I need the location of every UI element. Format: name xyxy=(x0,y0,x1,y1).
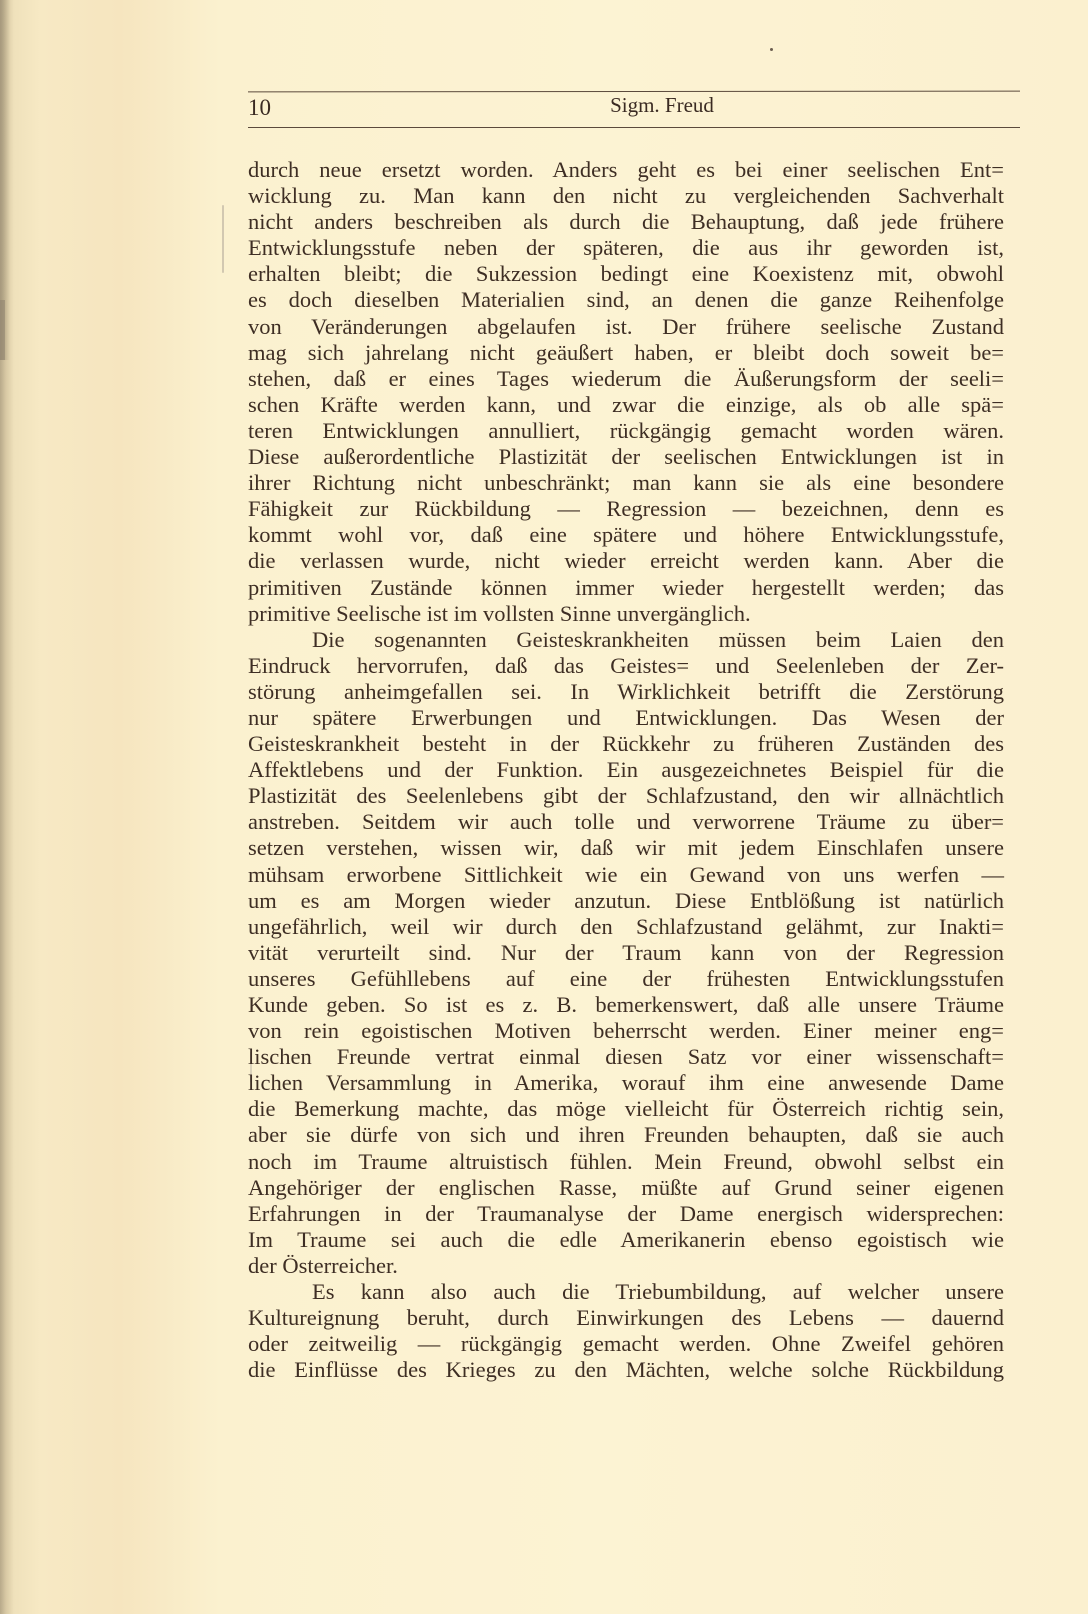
text-line: erhalten bleibt; die Sukzession bedingt … xyxy=(248,261,1004,287)
text-line: Eindruck hervorrufen, daß das Geistes= u… xyxy=(248,653,1004,679)
text-line: die Einflüsse des Krieges zu den Mächten… xyxy=(248,1357,1004,1383)
text-line: Affektlebens und der Funktion. Ein ausge… xyxy=(248,757,1004,783)
text-line: von Veränderungen abgelaufen ist. Der fr… xyxy=(248,314,1004,340)
text-line: durch neue ersetzt worden. Anders geht e… xyxy=(248,157,1004,183)
text-line: die verlassen wurde, nicht wieder erreic… xyxy=(248,548,1004,574)
text-line: oder zeitweilig — rückgängig gemacht wer… xyxy=(248,1331,1004,1357)
body-text: durch neue ersetzt worden. Anders geht e… xyxy=(248,157,1004,1383)
text-line: es doch dieselben Materialien sind, an d… xyxy=(248,287,1004,313)
text-line: aber sie dürfe von sich und ihren Freund… xyxy=(248,1122,1004,1148)
text-line: Fähigkeit zur Rückbildung — Regression —… xyxy=(248,496,1004,522)
binding-edge-mark xyxy=(0,300,5,360)
text-line: Erfahrungen in der Traumanalyse der Dame… xyxy=(248,1201,1004,1227)
header-rule-bottom xyxy=(248,127,1020,128)
text-line: um es am Morgen wieder anzutun. Diese En… xyxy=(248,888,1004,914)
text-line: primitiven Zustände können immer wieder … xyxy=(248,575,1004,601)
text-line: Kunde geben. So ist es z. B. bemerkenswe… xyxy=(248,992,1004,1018)
text-line: ihrer Richtung nicht unbeschränkt; man k… xyxy=(248,470,1004,496)
text-line: stehen, daß er eines Tages wiederum die … xyxy=(248,366,1004,392)
text-line: Es kann also auch die Triebumbildung, au… xyxy=(248,1279,1004,1305)
text-line: Im Traume sei auch die edle Amerikanerin… xyxy=(248,1227,1004,1253)
text-line: unseres Gefühllebens auf eine der frühes… xyxy=(248,966,1004,992)
text-line: ungefährlich, weil wir durch den Schlafz… xyxy=(248,914,1004,940)
text-line: Plastizität des Seelenlebens gibt der Sc… xyxy=(248,783,1004,809)
text-line: teren Entwicklungen annulliert, rückgäng… xyxy=(248,418,1004,444)
text-line: Die sogenannten Geisteskrankheiten müsse… xyxy=(248,627,1004,653)
text-line: schen Kräfte werden kann, und zwar die e… xyxy=(248,392,1004,418)
text-line: primitive Seelische ist im vollsten Sinn… xyxy=(248,601,1004,627)
text-line: Angehöriger der englischen Rasse, müßte … xyxy=(248,1175,1004,1201)
text-line: Diese außerordentliche Plastizität der s… xyxy=(248,444,1004,470)
text-line: Geisteskrankheit besteht in der Rückkehr… xyxy=(248,731,1004,757)
running-head: Sigm. Freud xyxy=(248,93,1020,118)
text-line: nur spätere Erwerbungen und Entwicklunge… xyxy=(248,705,1004,731)
text-line: vität verurteilt sind. Nur der Traum kan… xyxy=(248,940,1004,966)
text-line: Kultureignung beruht, durch Einwirkungen… xyxy=(248,1305,1004,1331)
text-line: störung anheimgefallen sei. In Wirklichk… xyxy=(248,679,1004,705)
paper-speck xyxy=(770,48,773,51)
text-line: Entwicklungsstufe neben der späteren, di… xyxy=(248,235,1004,261)
margin-pencil-mark xyxy=(222,205,224,273)
text-line: der Österreicher. xyxy=(248,1253,1004,1279)
text-line: lichen Versammlung in Amerika, worauf ih… xyxy=(248,1070,1004,1096)
text-line: anstreben. Seitdem wir auch tolle und ve… xyxy=(248,809,1004,835)
text-line: setzen verstehen, wissen wir, daß wir mi… xyxy=(248,835,1004,861)
page-header: 10 Sigm. Freud xyxy=(248,93,1020,123)
text-line: nicht anders beschreiben als durch die B… xyxy=(248,209,1004,235)
text-line: kommt wohl vor, daß eine spätere und höh… xyxy=(248,522,1004,548)
text-line: noch im Traume altruistisch fühlen. Mein… xyxy=(248,1149,1004,1175)
text-line: wicklung zu. Man kann den nicht zu vergl… xyxy=(248,183,1004,209)
text-line: lischen Freunde vertrat einmal diesen Sa… xyxy=(248,1044,1004,1070)
text-line: die Bemerkung machte, das möge vielleich… xyxy=(248,1096,1004,1122)
text-line: mühsam erworbene Sittlichkeit wie ein Ge… xyxy=(248,862,1004,888)
text-line: mag sich jahrelang nicht geäußert haben,… xyxy=(248,340,1004,366)
text-line: von rein egoistischen Motiven beherrscht… xyxy=(248,1018,1004,1044)
